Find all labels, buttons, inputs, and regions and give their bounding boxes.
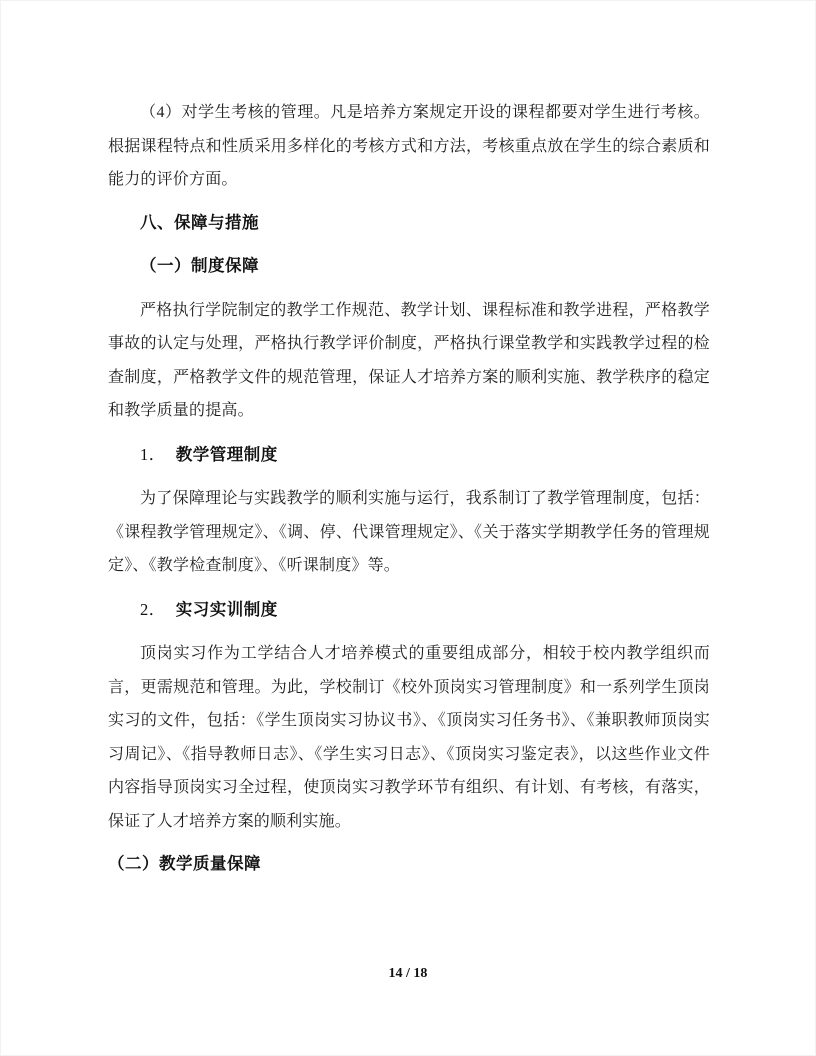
heading-num-1-teaching-management: 1．教学管理制度: [108, 438, 710, 473]
page-number: 14 / 18: [0, 966, 816, 982]
heading-section-8-safeguards: 八、保障与措施: [108, 207, 710, 241]
heading-number-1: 1．: [140, 445, 176, 464]
heading-sub-1-institutional-guarantee: （一）制度保障: [108, 250, 710, 284]
paragraph-teaching-management: 为了保障理论与实践教学的顺利实施与运行，我系制订了教学管理制度，包括：《课程教学…: [108, 482, 710, 583]
heading-number-2: 2．: [140, 600, 176, 619]
document-page: （4）对学生考核的管理。凡是培养方案规定开设的课程都要对学生进行考核。根据课程特…: [0, 0, 816, 1056]
paragraph-institutional-guarantee: 严格执行学院制定的教学工作规范、教学计划、课程标准和教学进程，严格教学事故的认定…: [108, 294, 710, 428]
document-body: （4）对学生考核的管理。凡是培养方案规定开设的课程都要对学生进行考核。根据课程特…: [108, 96, 710, 892]
heading-num-2-internship-training: 2．实习实训制度: [108, 593, 710, 628]
heading-label-internship-training: 实习实训制度: [176, 601, 278, 619]
heading-sub-2-teaching-quality: （二）教学质量保障: [108, 848, 710, 882]
paragraph-internship-training: 顶岗实习作为工学结合人才培养模式的重要组成部分，相较于校内教学组织而言，更需规范…: [108, 637, 710, 838]
heading-label-teaching-management: 教学管理制度: [176, 446, 278, 464]
paragraph-student-assessment: （4）对学生考核的管理。凡是培养方案规定开设的课程都要对学生进行考核。根据课程特…: [108, 96, 710, 197]
